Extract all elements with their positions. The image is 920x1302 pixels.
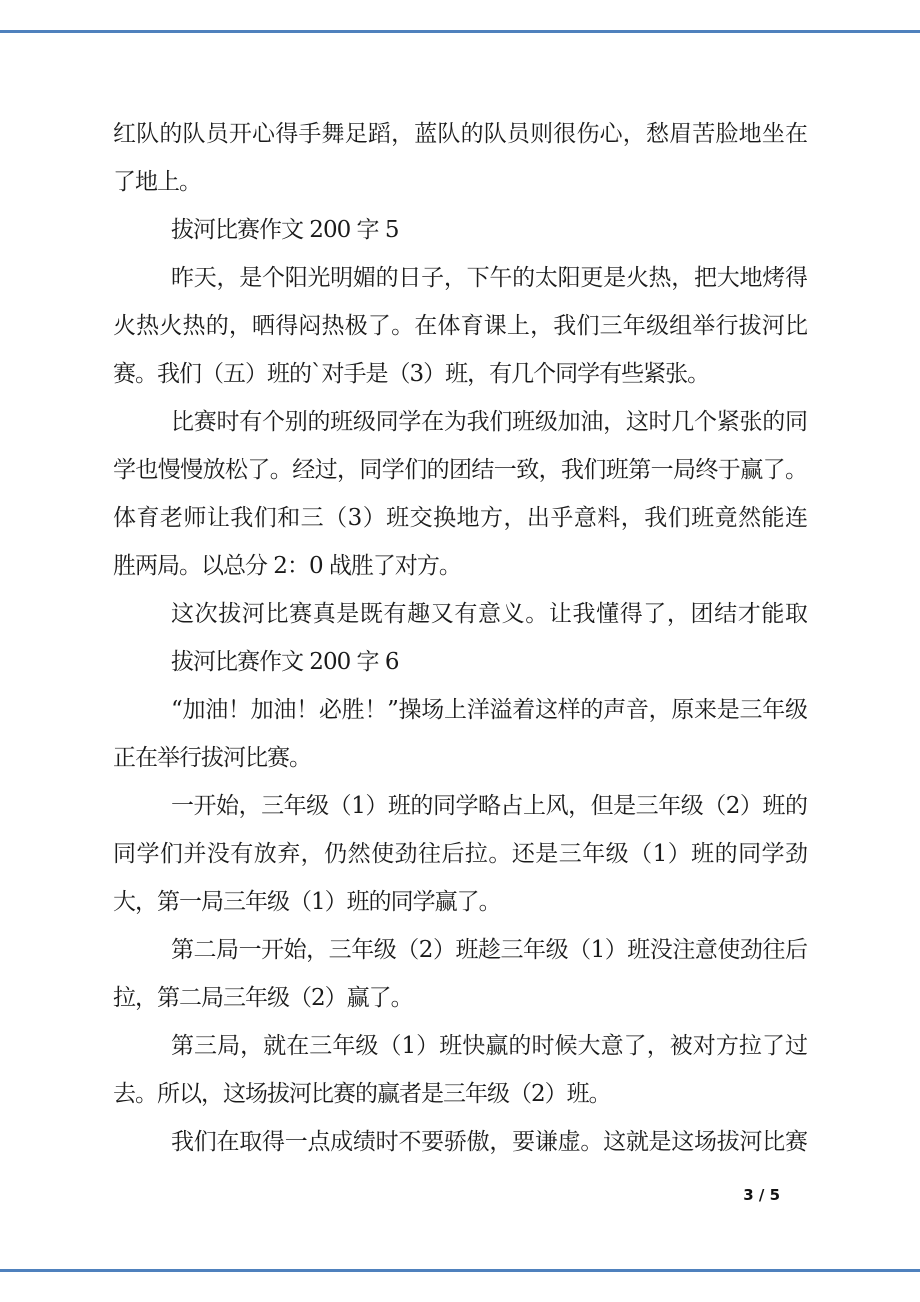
footer-rule	[0, 1269, 920, 1272]
text-line: 比赛时有个别的班级同学在为我们班级加油，这时几个紧张的同	[113, 398, 807, 446]
text-line: 昨天，是个阳光明媚的日子，下午的太阳更是火热，把大地烤得	[113, 254, 807, 302]
text-line: 这次拔河比赛真是既有趣又有意义。让我懂得了，团结才能取胜！	[113, 590, 807, 638]
text-line: 第二局一开始，三年级（2）班趁三年级（1）班没注意使劲往后	[113, 926, 807, 974]
header-rule	[0, 30, 920, 33]
text-line: 赛。我们（五）班的`对手是（3）班，有几个同学有些紧张。	[113, 350, 807, 398]
text-line: 同学们并没有放弃，仍然使劲往后拉。还是三年级（1）班的同学劲	[113, 830, 807, 878]
text-line: 大，第一局三年级（1）班的同学赢了。	[113, 878, 807, 926]
text-line: 正在举行拔河比赛。	[113, 734, 807, 782]
text-line: 第三局，就在三年级（1）班快赢的时候大意了，被对方拉了过	[113, 1022, 807, 1070]
document-page: 红队的队员开心得手舞足蹈，蓝队的队员则很伤心，愁眉苦脸地坐在了地上。拔河比赛作文…	[0, 0, 920, 1302]
text-line: 拔河比赛作文 200 字 6	[113, 638, 807, 686]
text-line: 去。所以，这场拔河比赛的赢者是三年级（2）班。	[113, 1070, 807, 1118]
text-line: 体育老师让我们和三（3）班交换地方，出乎意料，我们班竟然能连	[113, 494, 807, 542]
text-line: 红队的队员开心得手舞足蹈，蓝队的队员则很伤心，愁眉苦脸地坐在	[113, 110, 807, 158]
text-line: 一开始，三年级（1）班的同学略占上风，但是三年级（2）班的	[113, 782, 807, 830]
document-body: 红队的队员开心得手舞足蹈，蓝队的队员则很伤心，愁眉苦脸地坐在了地上。拔河比赛作文…	[113, 110, 807, 1166]
text-line: “加油！加油！必胜！”操场上洋溢着这样的声音，原来是三年级	[113, 686, 807, 734]
text-line: 拉，第二局三年级（2）赢了。	[113, 974, 807, 1022]
text-line: 胜两局。以总分 2：0 战胜了对方。	[113, 542, 807, 590]
page-number: 3 / 5	[743, 1186, 780, 1204]
text-line: 火热火热的，晒得闷热极了。在体育课上，我们三年级组举行拔河比	[113, 302, 807, 350]
text-line: 学也慢慢放松了。经过，同学们的团结一致，我们班第一局终于赢了。	[113, 446, 807, 494]
text-line: 了地上。	[113, 158, 807, 206]
text-line: 我们在取得一点成绩时不要骄傲，要谦虚。这就是这场拔河比赛	[113, 1118, 807, 1166]
text-line: 拔河比赛作文 200 字 5	[113, 206, 807, 254]
